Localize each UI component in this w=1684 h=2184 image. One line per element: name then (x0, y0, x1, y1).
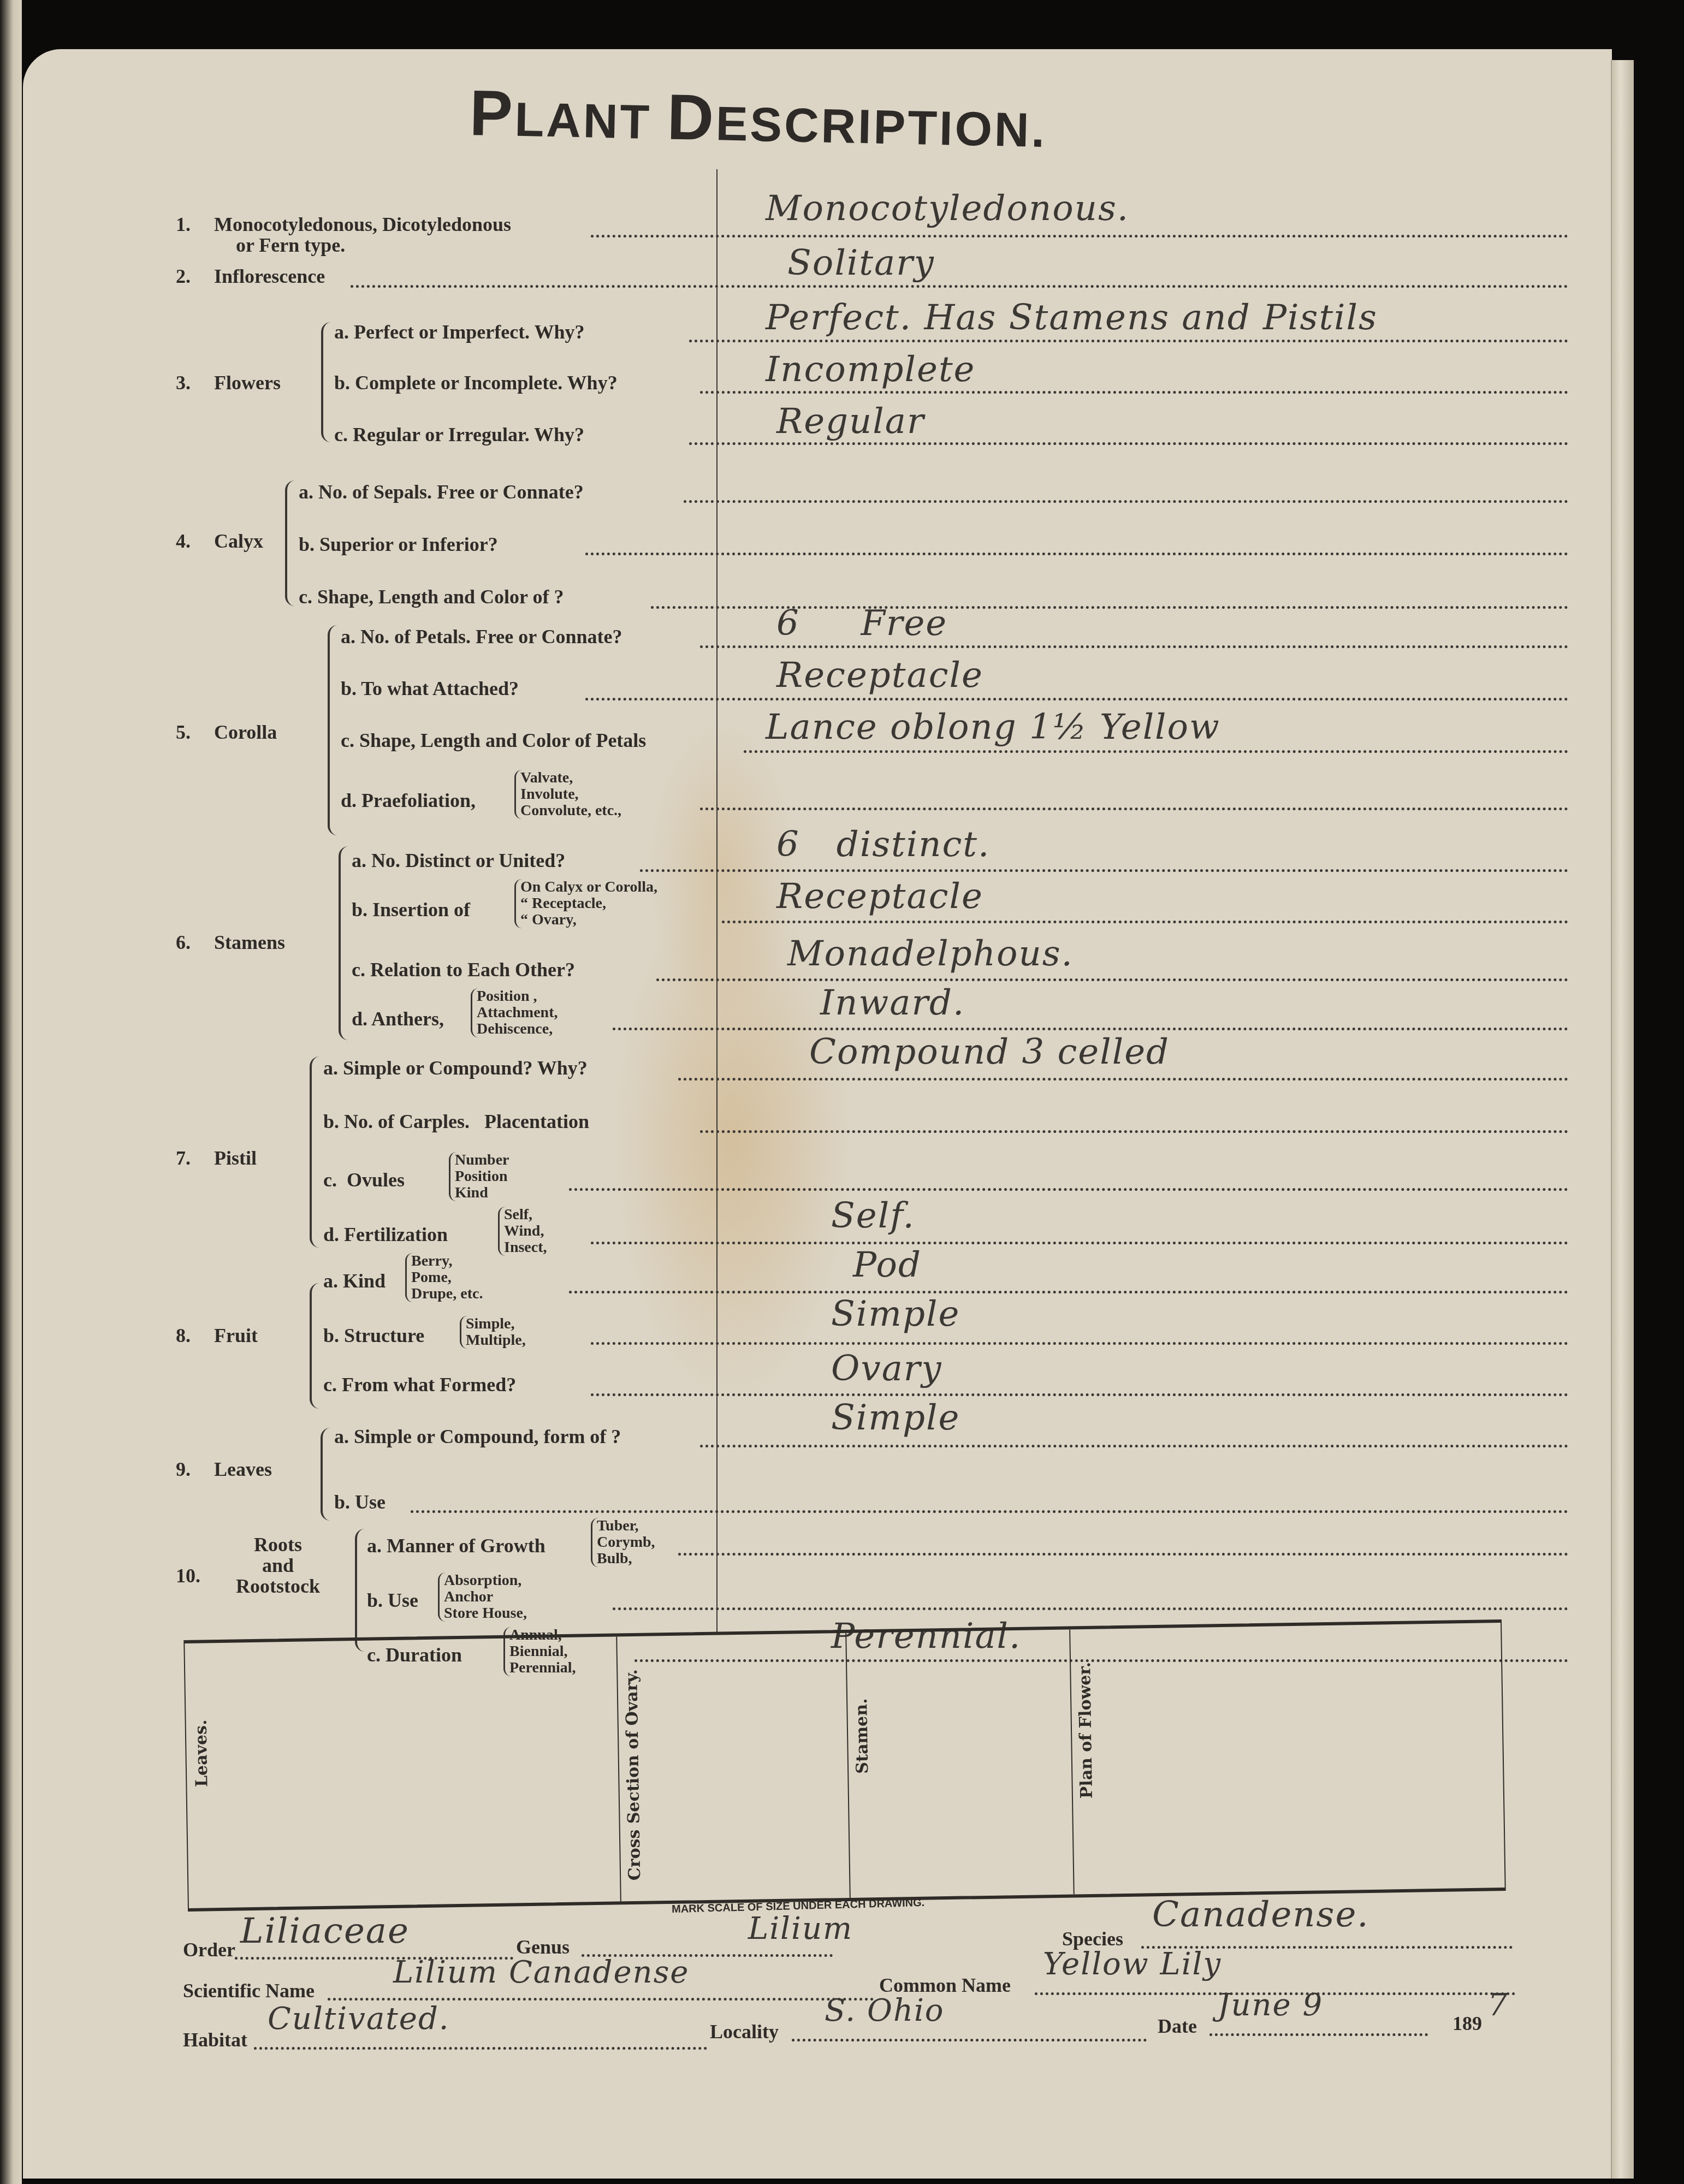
dotted-line (351, 283, 1568, 288)
question-3a: a. Perfect or Imperfect. Why? (334, 321, 585, 343)
option: Pome, (411, 1269, 483, 1286)
brace (339, 846, 348, 1040)
answer-5b[interactable]: Receptacle (776, 655, 983, 696)
question-9: 9.Leaves (176, 1458, 272, 1481)
question-number: 4. (176, 530, 214, 553)
question-5b: b. To what Attached? (341, 677, 519, 700)
dotted-line (613, 1025, 1568, 1030)
answer-5a[interactable]: 6 Free (776, 603, 947, 644)
dotted-line (591, 1391, 1568, 1396)
option: “ Receptacle, (520, 895, 657, 912)
drawing-label: Plan of Flower. (1075, 1662, 1096, 1799)
question-9b: b. Use (334, 1491, 386, 1514)
question-3: 3.Flowers (176, 371, 281, 394)
question-label: Flowers (214, 372, 281, 394)
habitat-field[interactable]: Cultivated. (268, 2001, 450, 2037)
option: Convolute, etc., (520, 803, 621, 819)
label-line: and (236, 1555, 320, 1576)
option: Number (455, 1152, 509, 1168)
genus-field[interactable]: Lilium (748, 1911, 853, 1946)
question-number: 3. (176, 371, 214, 394)
anthers-options: Position , Attachment, Dehiscence, (471, 988, 558, 1037)
question-5: 5.Corolla (176, 721, 277, 744)
question-label: Fruit (214, 1325, 258, 1346)
dotted-line (613, 1605, 1568, 1610)
dotted-line (591, 1340, 1568, 1345)
option: Self, (504, 1207, 547, 1223)
question-7b: b. No. of Carples. Placentation (323, 1110, 589, 1133)
habitat-label: Habitat (183, 2028, 247, 2051)
brace (328, 625, 337, 835)
answer-3c[interactable]: Regular (776, 401, 924, 442)
scientific-name-label: Scientific Name (183, 1979, 315, 2002)
question-number: 8. (176, 1324, 214, 1347)
answer-8a[interactable]: Pod (853, 1245, 922, 1285)
answer-8c[interactable]: Ovary (831, 1349, 942, 1389)
question-6a: a. No. Distinct or United? (352, 849, 565, 872)
year-prefix: 189 (1452, 2012, 1482, 2035)
question-4c: c. Shape, Length and Color of ? (299, 585, 564, 608)
question-2: 2.Inflorescence (176, 265, 325, 288)
option: Insect, (504, 1239, 547, 1256)
question-label: Pistil (214, 1147, 257, 1169)
answer-6c[interactable]: Monadelphous. (787, 934, 1074, 974)
drawing-area: Leaves. Cross Section of Ovary. Stamen. … (183, 1619, 1506, 1912)
title-initial-p: P (469, 77, 515, 150)
question-1-line2: or Fern type. (236, 234, 345, 257)
question-1: 1.Monocotyledonous, Dicotyledonous (176, 213, 511, 236)
answer-7a[interactable]: Compound 3 celled (809, 1032, 1170, 1072)
answer-5c[interactable]: Lance oblong 1½ Yellow (766, 707, 1220, 747)
question-number: 5. (176, 721, 214, 744)
question-label-2: or Fern type. (236, 234, 345, 256)
dotted-line (640, 867, 1568, 872)
dotted-line (722, 918, 1568, 923)
dotted-line (792, 2037, 1147, 2041)
drawing-label: Leaves. (192, 1719, 212, 1787)
dotted-line (684, 498, 1568, 503)
dotted-line (689, 337, 1568, 342)
option: Kind (455, 1185, 509, 1201)
dotted-line (591, 1239, 1568, 1244)
question-5a: a. No. of Petals. Free or Connate? (341, 625, 622, 648)
page-title: PLANT DESCRIPTION. (469, 76, 1048, 162)
locality-field[interactable]: S. Ohio (825, 1993, 945, 2028)
option: On Calyx or Corolla, (520, 879, 657, 895)
dotted-line (678, 1551, 1568, 1556)
dotted-line (700, 643, 1568, 648)
answer-6b[interactable]: Receptacle (776, 876, 983, 917)
praefoliation-options: Valvate, Involute, Convolute, etc., (514, 770, 621, 819)
locality-label: Locality (710, 2020, 779, 2043)
option: Berry, (411, 1253, 483, 1269)
drawing-label: Cross Section of Ovary. (622, 1669, 644, 1881)
title-initial-d: D (666, 81, 716, 155)
option: Valvate, (520, 770, 621, 786)
answer-3b[interactable]: Incomplete (766, 349, 975, 390)
brace (355, 1529, 365, 1652)
answer-6d[interactable]: Inward. (820, 983, 965, 1023)
fruit-structure-options: Simple, Multiple, (460, 1316, 526, 1349)
brace (310, 1283, 319, 1409)
option: Position (455, 1168, 509, 1185)
title-rest-1: LANT (514, 92, 668, 150)
year-suffix-field[interactable]: 7 (1488, 1987, 1509, 2023)
question-label: Stamens (214, 931, 285, 953)
dotted-line (585, 696, 1568, 701)
question-number: 1. (176, 213, 214, 236)
answer-9a[interactable]: Simple (831, 1398, 960, 1438)
option: Store House, (444, 1605, 527, 1622)
drawing-label: Stamen. (852, 1698, 872, 1774)
fertilization-options: Self, Wind, Insect, (498, 1207, 547, 1256)
question-number: 6. (176, 931, 214, 954)
answer-2[interactable]: Solitary (787, 243, 935, 283)
common-name-field[interactable]: Yellow Lily (1043, 1946, 1222, 1982)
option: Absorption, (444, 1572, 527, 1589)
brace (285, 480, 295, 606)
question-8c: c. From what Formed? (323, 1373, 516, 1396)
option: “ Ovary, (520, 912, 657, 928)
ovules-options: Number Position Kind (449, 1152, 509, 1201)
question-3b: b. Complete or Incomplete. Why? (334, 371, 618, 394)
question-4a: a. No. of Sepals. Free or Connate? (299, 480, 584, 503)
question-8b: b. Structure (323, 1324, 424, 1347)
question-7c: c. Ovules (323, 1168, 405, 1191)
question-4b: b. Superior or Inferior? (299, 533, 498, 556)
root-use-options: Absorption, Anchor Store House, (438, 1572, 527, 1622)
question-number: 10. (176, 1564, 214, 1587)
question-10: 10. (176, 1564, 214, 1587)
question-number: 2. (176, 265, 214, 288)
question-number: 7. (176, 1147, 214, 1170)
question-label: Corolla (214, 721, 277, 743)
drawing-cell-leaves[interactable]: Leaves. (185, 1637, 621, 1908)
question-3c: c. Regular or Irregular. Why? (334, 423, 584, 446)
question-5d: d. Praefoliation, (341, 789, 476, 812)
dotted-line (700, 1443, 1568, 1447)
question-4: 4.Calyx (176, 530, 263, 553)
dotted-line (1209, 2031, 1428, 2036)
question-6c: c. Relation to Each Other? (352, 958, 575, 981)
question-7a: a. Simple or Compound? Why? (323, 1057, 588, 1079)
question-10a: a. Manner of Growth (367, 1534, 545, 1557)
order-field[interactable]: Liliaceae (240, 1911, 410, 1951)
option: Anchor (444, 1589, 527, 1605)
option: Tuber, (597, 1518, 655, 1534)
dotted-line (700, 805, 1568, 810)
page-stack-edge (1611, 60, 1634, 2179)
date-field[interactable]: June 9 (1218, 1987, 1323, 2023)
order-label: Order (183, 1938, 235, 1961)
question-number: 9. (176, 1458, 214, 1481)
dotted-line (569, 1289, 1568, 1293)
dotted-line (744, 748, 1568, 753)
question-label: Inflorescence (214, 265, 325, 287)
dotted-line (585, 550, 1568, 555)
question-10b: b. Use (367, 1589, 418, 1612)
option: Drupe, etc. (411, 1286, 483, 1302)
brace (321, 1428, 330, 1521)
title-rest-2: ESCRIPTION. (715, 96, 1047, 157)
answer-6a[interactable]: 6 distinct. (776, 824, 990, 865)
option: Wind, (504, 1223, 547, 1239)
question-label: Calyx (214, 530, 263, 552)
option: Corymb, (597, 1534, 655, 1551)
dotted-line (678, 1076, 1568, 1081)
dotted-line (569, 1186, 1568, 1191)
drawing-cell-stamen[interactable]: Stamen. (845, 1629, 1075, 1897)
dotted-line (328, 1996, 874, 2001)
date-label: Date (1158, 2015, 1197, 2038)
option: Involute, (520, 786, 621, 803)
question-8: 8.Fruit (176, 1324, 258, 1347)
question-10-label: Roots and Rootstock (236, 1534, 320, 1597)
option: Dehiscence, (477, 1021, 558, 1037)
question-7d: d. Fertilization (323, 1223, 448, 1246)
question-9a: a. Simple or Compound, form of ? (334, 1425, 621, 1448)
insertion-options: On Calyx or Corolla, “ Receptacle, “ Ova… (514, 879, 657, 928)
answer-7d[interactable]: Self. (831, 1196, 915, 1236)
scientific-name-field[interactable]: Lilium Canadense (393, 1955, 690, 1990)
label-line: Roots (236, 1534, 320, 1555)
question-8a: a. Kind (323, 1269, 386, 1292)
option: Position , (477, 988, 558, 1005)
brace (310, 1057, 319, 1248)
dotted-line (656, 976, 1568, 981)
question-6: 6.Stamens (176, 931, 285, 954)
dotted-line (700, 1128, 1568, 1133)
question-5c: c. Shape, Length and Color of Petals (341, 729, 646, 752)
drawing-cell-plan[interactable]: Plan of Flower. (1069, 1623, 1503, 1894)
brace (321, 322, 331, 442)
dotted-line (254, 2045, 707, 2050)
label-line: Rootstock (236, 1576, 320, 1597)
question-6d: d. Anthers, (352, 1007, 444, 1030)
question-label: Monocotyledonous, Dicotyledonous (214, 213, 511, 235)
drawing-cell-ovary[interactable]: Cross Section of Ovary. (616, 1633, 851, 1902)
question-7: 7.Pistil (176, 1147, 257, 1170)
left-page-edge (0, 0, 22, 2184)
answer-3a[interactable]: Perfect. Has Stamens and Pistils (766, 298, 1378, 338)
question-6b: b. Insertion of (352, 898, 470, 921)
option: Simple, (466, 1316, 526, 1332)
option: Bulb, (597, 1551, 655, 1567)
species-field[interactable]: Canadense. (1152, 1895, 1369, 1935)
answer-1[interactable]: Monocotyledonous. (766, 188, 1129, 229)
answer-8b[interactable]: Simple (831, 1294, 960, 1334)
option: Attachment, (477, 1005, 558, 1021)
growth-options: Tuber, Corymb, Bulb, (591, 1518, 655, 1567)
dotted-line (591, 233, 1568, 238)
fruit-kind-options: Berry, Pome, Drupe, etc. (405, 1253, 483, 1302)
question-label: Leaves (214, 1458, 272, 1480)
option: Multiple, (466, 1332, 526, 1349)
dotted-line (411, 1508, 1568, 1513)
